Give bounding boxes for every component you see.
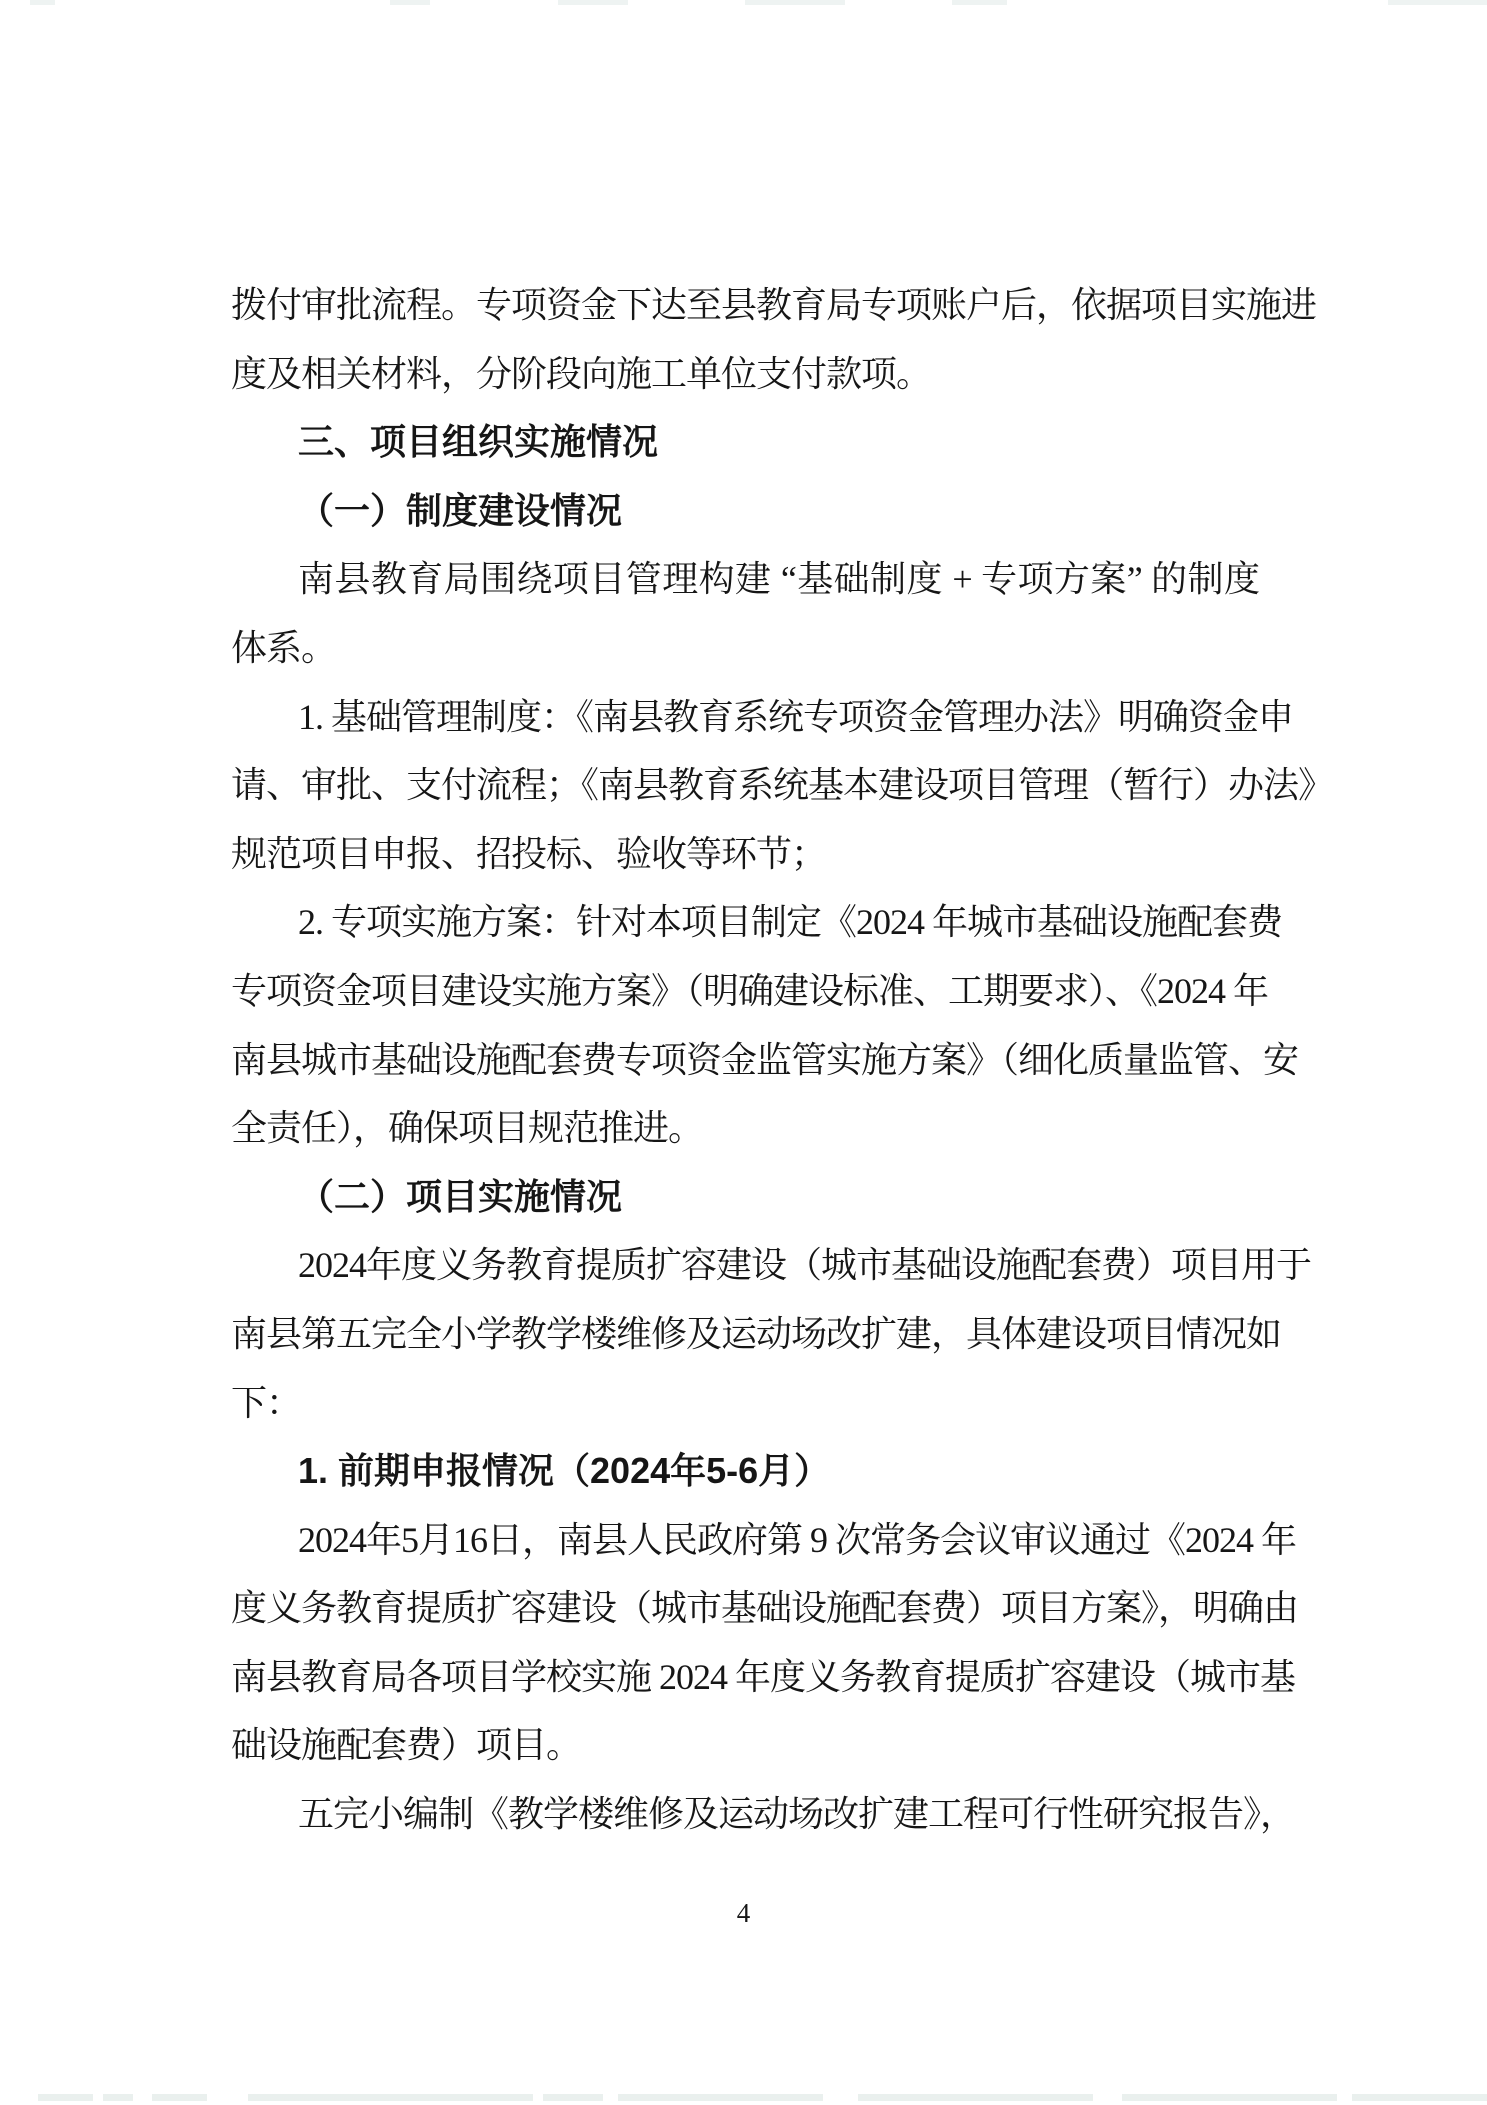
scan-artifact-top	[390, 0, 430, 5]
text-line: 体系。	[231, 614, 1259, 683]
scan-artifact-bottom	[152, 2094, 207, 2101]
text-line: 度义务教育提质扩容建设（城市基础设施配套费）项目方案》，明确由	[231, 1574, 1259, 1643]
text-line: 2024年5月16日，南县人民政府第 9 次常务会议审议通过《2024 年	[231, 1506, 1259, 1575]
text-line: 下：	[231, 1369, 1259, 1438]
scan-artifact-bottom	[543, 2094, 603, 2101]
text-line: 拨付审批流程。专项资金下达至县教育局专项账户后，依据项目实施进	[231, 271, 1259, 340]
scan-artifact-bottom	[618, 2094, 823, 2101]
text-line: 南县城市基础设施配套费专项资金监管实施方案》（细化质量监管、安	[231, 1026, 1259, 1095]
page-number: 4	[0, 1898, 1487, 1929]
text-line: 五完小编制《教学楼维修及运动场改扩建工程可行性研究报告》，	[231, 1780, 1259, 1849]
scan-artifact-bottom	[38, 2094, 93, 2101]
text-line: 专项资金项目建设实施方案》（明确建设标准、工期要求）、《2024 年	[231, 957, 1259, 1026]
heading-item-one: 1. 前期申报情况（2024年5-6月）	[231, 1437, 1259, 1506]
document-body: 拨付审批流程。专项资金下达至县教育局专项账户后，依据项目实施进 度及相关材料，分…	[231, 271, 1259, 1849]
scan-artifact-top	[1388, 0, 1487, 5]
heading-sub-two: （二）项目实施情况	[231, 1163, 1259, 1232]
text-line: 南县教育局各项目学校实施 2024 年度义务教育提质扩容建设（城市基	[231, 1643, 1259, 1712]
text-line: 请、审批、支付流程；《南县教育系统基本建设项目管理（暂行）办法》	[231, 751, 1259, 820]
text-line: 度及相关材料，分阶段向施工单位支付款项。	[231, 340, 1259, 409]
text-line: 南县教育局围绕项目管理构建 “基础制度 + 专项方案” 的制度	[231, 545, 1259, 614]
heading-sub-one: （一）制度建设情况	[231, 477, 1259, 546]
scan-artifact-bottom	[858, 2094, 1093, 2101]
scan-artifact-bottom	[1352, 2094, 1487, 2101]
scan-artifact-bottom	[248, 2094, 533, 2101]
text-line: 2024年度义务教育提质扩容建设（城市基础设施配套费）项目用于	[231, 1231, 1259, 1300]
text-line: 规范项目申报、招投标、验收等环节；	[231, 820, 1259, 889]
text-line: 1. 基础管理制度：《南县教育系统专项资金管理办法》明确资金申	[231, 683, 1259, 752]
scan-artifact-top	[745, 0, 845, 5]
text-line: 南县第五完全小学教学楼维修及运动场改扩建，具体建设项目情况如	[231, 1300, 1259, 1369]
scan-artifact-top	[30, 0, 55, 5]
scan-artifact-top	[558, 0, 628, 5]
document-page: 拨付审批流程。专项资金下达至县教育局专项账户后，依据项目实施进 度及相关材料，分…	[0, 0, 1487, 2105]
text-line: 础设施配套费）项目。	[231, 1711, 1259, 1780]
scan-artifact-bottom	[103, 2094, 133, 2101]
text-line: 全责任），确保项目规范推进。	[231, 1094, 1259, 1163]
scan-artifact-top	[952, 0, 1007, 5]
scan-artifact-bottom	[1122, 2094, 1337, 2101]
text-line: 2. 专项实施方案：针对本项目制定《2024 年城市基础设施配套费	[231, 888, 1259, 957]
heading-section-three: 三、项目组织实施情况	[231, 408, 1259, 477]
